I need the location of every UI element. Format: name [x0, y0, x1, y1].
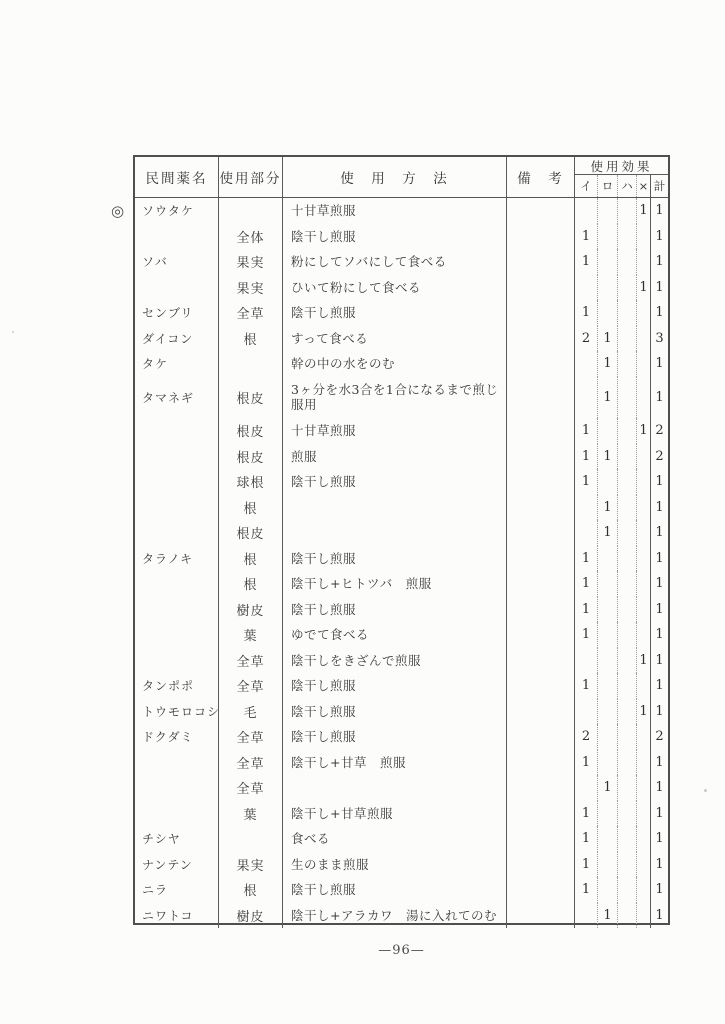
- cell-effect-x: [637, 903, 651, 929]
- header-effect-col-x: ×: [637, 175, 651, 197]
- cell-part-used: 果実: [219, 275, 283, 301]
- cell-effect-ro: [598, 622, 618, 648]
- cell-part-used: 全草: [219, 775, 283, 801]
- cell-remarks: [507, 673, 575, 699]
- cell-effect-x: [637, 852, 651, 878]
- cell-effect-ha: [618, 224, 637, 250]
- cell-remarks: [507, 622, 575, 648]
- cell-remarks: [507, 495, 575, 521]
- cell-usage-method: 陰干し煎服: [283, 724, 507, 750]
- cell-effect-ro: 1: [598, 520, 618, 546]
- table-row: 全草 陰干し+甘草 煎服 1 1: [135, 750, 668, 776]
- cell-effect-x: 1: [637, 418, 651, 444]
- cell-effect-ha: [618, 418, 637, 444]
- cell-medicine-name: タンポポ: [135, 673, 219, 699]
- cell-effect-ha: [618, 877, 637, 903]
- cell-medicine-name: チシヤ: [135, 826, 219, 852]
- cell-remarks: [507, 198, 575, 224]
- cell-medicine-name: ソバ: [135, 249, 219, 275]
- cell-part-used: 根: [219, 877, 283, 903]
- cell-medicine-name: ナンテン: [135, 852, 219, 878]
- cell-remarks: [507, 418, 575, 444]
- cell-remarks: [507, 224, 575, 250]
- cell-medicine-name: [135, 495, 219, 521]
- cell-effect-ro: [598, 699, 618, 725]
- table-row: ナンテン 果実 生のまま煎服 1 1: [135, 852, 668, 878]
- table-row: タンポポ 全草 陰干し煎服 1 1: [135, 673, 668, 699]
- cell-effect-i: [575, 377, 598, 419]
- header-effect-col-i: イ: [575, 175, 598, 197]
- cell-remarks: [507, 300, 575, 326]
- cell-usage-method: [283, 775, 507, 801]
- cell-remarks: [507, 377, 575, 419]
- cell-effect-kei: 1: [651, 877, 668, 903]
- cell-medicine-name: トウモロコシ: [135, 699, 219, 725]
- cell-remarks: [507, 351, 575, 377]
- cell-effect-kei: 1: [651, 903, 668, 929]
- cell-usage-method: ひいて粉にして食べる: [283, 275, 507, 301]
- cell-usage-method: 陰干し+甘草 煎服: [283, 750, 507, 776]
- cell-effect-ha: [618, 495, 637, 521]
- cell-effect-kei: 1: [651, 495, 668, 521]
- cell-part-used: 根: [219, 546, 283, 572]
- cell-effect-i: [575, 495, 598, 521]
- cell-effect-ro: 1: [598, 495, 618, 521]
- cell-effect-x: [637, 622, 651, 648]
- cell-effect-kei: 1: [651, 377, 668, 419]
- cell-part-used: 全草: [219, 750, 283, 776]
- cell-effect-ro: [598, 673, 618, 699]
- cell-effect-ha: [618, 275, 637, 301]
- cell-effect-ha: [618, 520, 637, 546]
- cell-effect-x: [637, 724, 651, 750]
- cell-effect-i: 2: [575, 326, 598, 352]
- table-row: 葉 陰干し+甘草煎服 1 1: [135, 801, 668, 827]
- cell-remarks: [507, 326, 575, 352]
- cell-effect-i: 1: [575, 418, 598, 444]
- cell-remarks: [507, 699, 575, 725]
- cell-effect-ha: [618, 750, 637, 776]
- cell-usage-method: 粉にしてソバにして食べる: [283, 249, 507, 275]
- cell-remarks: [507, 275, 575, 301]
- cell-usage-method: 陰干し煎服: [283, 546, 507, 572]
- cell-effect-kei: 1: [651, 249, 668, 275]
- cell-effect-i: 1: [575, 224, 598, 250]
- cell-effect-x: 1: [637, 198, 651, 224]
- header-remarks: 備 考: [507, 157, 575, 197]
- cell-effect-i: 1: [575, 571, 598, 597]
- cell-effect-kei: 1: [651, 750, 668, 776]
- cell-effect-i: 1: [575, 826, 598, 852]
- cell-effect-kei: 1: [651, 275, 668, 301]
- table-row: トウモロコシ 毛 陰干し煎服 1 1: [135, 699, 668, 725]
- table-row: 果実 ひいて粉にして食べる 1 1: [135, 275, 668, 301]
- header-effect-title: 使用効果: [575, 157, 668, 175]
- cell-usage-method: [283, 495, 507, 521]
- cell-effect-ha: [618, 775, 637, 801]
- cell-effect-kei: 1: [651, 801, 668, 827]
- table-row: 樹皮 陰干し煎服 1 1: [135, 597, 668, 623]
- cell-usage-method: 十甘草煎服: [283, 198, 507, 224]
- cell-usage-method: 陰干し+ヒトツバ 煎服: [283, 571, 507, 597]
- page-number: —96—: [133, 943, 670, 958]
- cell-effect-x: [637, 469, 651, 495]
- cell-usage-method: [283, 520, 507, 546]
- cell-part-used: 全体: [219, 224, 283, 250]
- cell-remarks: [507, 546, 575, 572]
- cell-effect-kei: 1: [651, 520, 668, 546]
- cell-remarks: [507, 249, 575, 275]
- cell-effect-kei: 2: [651, 724, 668, 750]
- cell-part-used: 根皮: [219, 418, 283, 444]
- cell-effect-ro: [598, 571, 618, 597]
- cell-effect-ha: [618, 699, 637, 725]
- cell-effect-kei: 1: [651, 469, 668, 495]
- cell-effect-i: 1: [575, 877, 598, 903]
- cell-effect-ro: [598, 300, 618, 326]
- cell-effect-ha: [618, 377, 637, 419]
- cell-part-used: 樹皮: [219, 597, 283, 623]
- cell-part-used: 球根: [219, 469, 283, 495]
- cell-medicine-name: [135, 224, 219, 250]
- cell-effect-kei: 1: [651, 571, 668, 597]
- cell-effect-kei: 1: [651, 597, 668, 623]
- table-row: ダイコン 根 すって食べる 2 1 3: [135, 326, 668, 352]
- cell-medicine-name: [135, 571, 219, 597]
- cell-effect-kei: 1: [651, 775, 668, 801]
- cell-effect-i: 1: [575, 673, 598, 699]
- header-effect-col-ro: ロ: [598, 175, 618, 197]
- table-row: センブリ 全草 陰干し煎服 1 1: [135, 300, 668, 326]
- cell-effect-ha: [618, 622, 637, 648]
- cell-effect-ro: [598, 648, 618, 674]
- cell-effect-x: [637, 571, 651, 597]
- cell-effect-ha: [618, 903, 637, 929]
- cell-usage-method: 陰干し+アラカワ 湯に入れてのむ: [283, 903, 507, 929]
- header-name: 民間薬名: [135, 157, 219, 197]
- cell-medicine-name: ソウタケ: [135, 198, 219, 224]
- cell-effect-x: [637, 826, 651, 852]
- cell-effect-x: [637, 877, 651, 903]
- cell-usage-method: 生のまま煎服: [283, 852, 507, 878]
- cell-effect-ha: [618, 801, 637, 827]
- cell-usage-method: 陰干し+甘草煎服: [283, 801, 507, 827]
- cell-effect-kei: 1: [651, 852, 668, 878]
- cell-effect-kei: 1: [651, 351, 668, 377]
- cell-remarks: [507, 469, 575, 495]
- cell-part-used: 全草: [219, 724, 283, 750]
- cell-medicine-name: [135, 597, 219, 623]
- cell-usage-method: 煎服: [283, 444, 507, 470]
- cell-effect-i: [575, 275, 598, 301]
- cell-effect-ro: [598, 724, 618, 750]
- cell-part-used: [219, 198, 283, 224]
- cell-effect-ro: 1: [598, 351, 618, 377]
- cell-effect-x: [637, 300, 651, 326]
- cell-effect-kei: 3: [651, 326, 668, 352]
- cell-effect-ro: [598, 198, 618, 224]
- table-row: タケ 幹の中の水をのむ 1 1: [135, 351, 668, 377]
- cell-medicine-name: タマネギ: [135, 377, 219, 419]
- cell-usage-method: 陰干し煎服: [283, 300, 507, 326]
- table-row: チシヤ 食べる 1 1: [135, 826, 668, 852]
- cell-remarks: [507, 648, 575, 674]
- cell-effect-x: 1: [637, 648, 651, 674]
- cell-remarks: [507, 877, 575, 903]
- cell-effect-ro: [598, 275, 618, 301]
- cell-part-used: [219, 351, 283, 377]
- cell-usage-method: 陰干し煎服: [283, 224, 507, 250]
- cell-effect-i: 1: [575, 546, 598, 572]
- cell-effect-i: 1: [575, 801, 598, 827]
- cell-effect-ro: [598, 852, 618, 878]
- cell-effect-ro: 1: [598, 377, 618, 419]
- cell-part-used: 根: [219, 495, 283, 521]
- table-row: ドクダミ 全草 陰干し煎服 2 2: [135, 724, 668, 750]
- header-part: 使用部分: [219, 157, 283, 197]
- cell-usage-method: 陰干し煎服: [283, 597, 507, 623]
- cell-effect-kei: 2: [651, 418, 668, 444]
- cell-effect-ro: [598, 597, 618, 623]
- cell-effect-x: [637, 377, 651, 419]
- cell-effect-i: 1: [575, 750, 598, 776]
- header-effect-col-kei: 計: [651, 175, 668, 197]
- cell-part-used: 根皮: [219, 520, 283, 546]
- cell-remarks: [507, 801, 575, 827]
- table-body: ソウタケ 十甘草煎服 1 1 全体 陰干し煎服 1 1 ソバ 果実 粉にしてソバ…: [135, 198, 668, 926]
- cell-effect-x: [637, 351, 651, 377]
- scan-speck: [704, 789, 707, 792]
- table-row: タマネギ 根皮 3ヶ分を水3合を1合になるまで煎じ服用 1 1: [135, 377, 668, 419]
- cell-part-used: 葉: [219, 622, 283, 648]
- cell-effect-ro: [598, 750, 618, 776]
- cell-effect-ro: [598, 801, 618, 827]
- cell-effect-ha: [618, 249, 637, 275]
- cell-remarks: [507, 444, 575, 470]
- cell-usage-method: 陰干し煎服: [283, 699, 507, 725]
- cell-medicine-name: [135, 622, 219, 648]
- table-row: 葉 ゆでて食べる 1 1: [135, 622, 668, 648]
- cell-effect-ha: [618, 198, 637, 224]
- cell-remarks: [507, 852, 575, 878]
- cell-effect-ro: [598, 469, 618, 495]
- cell-remarks: [507, 826, 575, 852]
- cell-effect-x: [637, 750, 651, 776]
- cell-medicine-name: [135, 275, 219, 301]
- cell-part-used: 全草: [219, 648, 283, 674]
- cell-effect-x: [637, 326, 651, 352]
- table-row: ニラ 根 陰干し煎服 1 1: [135, 877, 668, 903]
- cell-effect-ha: [618, 469, 637, 495]
- cell-effect-i: 1: [575, 469, 598, 495]
- cell-medicine-name: ニワトコ: [135, 903, 219, 929]
- cell-effect-ro: 1: [598, 444, 618, 470]
- cell-effect-kei: 1: [651, 300, 668, 326]
- cell-effect-x: 1: [637, 275, 651, 301]
- cell-effect-ro: [598, 224, 618, 250]
- cell-medicine-name: [135, 418, 219, 444]
- cell-effect-ha: [618, 444, 637, 470]
- cell-effect-x: [637, 495, 651, 521]
- cell-medicine-name: ニラ: [135, 877, 219, 903]
- cell-effect-i: [575, 775, 598, 801]
- cell-effect-i: 1: [575, 597, 598, 623]
- cell-medicine-name: ダイコン: [135, 326, 219, 352]
- cell-effect-i: 1: [575, 852, 598, 878]
- cell-usage-method: 幹の中の水をのむ: [283, 351, 507, 377]
- cell-effect-i: 1: [575, 444, 598, 470]
- cell-remarks: [507, 724, 575, 750]
- cell-effect-x: [637, 597, 651, 623]
- cell-medicine-name: タラノキ: [135, 546, 219, 572]
- cell-effect-ha: [618, 351, 637, 377]
- table-row: 根 1 1: [135, 495, 668, 521]
- header-method: 使 用 方 法: [283, 157, 507, 197]
- cell-remarks: [507, 571, 575, 597]
- table-header-row: 民間薬名 使用部分 使 用 方 法 備 考 使用効果 イ ロ ハ × 計: [135, 157, 668, 198]
- cell-effect-ro: [598, 826, 618, 852]
- cell-remarks: [507, 597, 575, 623]
- header-effect-col-ha: ハ: [618, 175, 637, 197]
- cell-remarks: [507, 775, 575, 801]
- table-row: タラノキ 根 陰干し煎服 1 1: [135, 546, 668, 572]
- table-row: 全体 陰干し煎服 1 1: [135, 224, 668, 250]
- cell-effect-x: [637, 249, 651, 275]
- cell-effect-ro: 1: [598, 775, 618, 801]
- cell-part-used: 葉: [219, 801, 283, 827]
- cell-effect-ro: [598, 249, 618, 275]
- cell-usage-method: 食べる: [283, 826, 507, 852]
- cell-effect-ro: [598, 546, 618, 572]
- cell-effect-ro: 1: [598, 326, 618, 352]
- cell-part-used: 全草: [219, 300, 283, 326]
- scanned-page: ◎ 民間薬名 使用部分 使 用 方 法 備 考 使用効果 イ ロ ハ × 計 ソ…: [0, 0, 725, 1024]
- cell-effect-ha: [618, 326, 637, 352]
- cell-effect-i: [575, 198, 598, 224]
- cell-part-used: 根: [219, 571, 283, 597]
- cell-effect-ro: [598, 877, 618, 903]
- cell-remarks: [507, 750, 575, 776]
- cell-usage-method: すって食べる: [283, 326, 507, 352]
- cell-usage-method: 3ヶ分を水3合を1合になるまで煎じ服用: [283, 377, 507, 419]
- cell-effect-i: 1: [575, 622, 598, 648]
- cell-medicine-name: [135, 469, 219, 495]
- cell-effect-ha: [618, 571, 637, 597]
- cell-effect-ha: [618, 826, 637, 852]
- cell-effect-x: [637, 775, 651, 801]
- cell-remarks: [507, 903, 575, 929]
- cell-medicine-name: [135, 750, 219, 776]
- table-row: 根皮 煎服 1 1 2: [135, 444, 668, 470]
- cell-medicine-name: センブリ: [135, 300, 219, 326]
- table-row: ニワトコ 樹皮 陰干し+アラカワ 湯に入れてのむ 1 1: [135, 903, 668, 929]
- cell-effect-i: [575, 699, 598, 725]
- margin-annotation-mark: ◎: [111, 202, 124, 220]
- cell-effect-x: [637, 444, 651, 470]
- cell-usage-method: 陰干しをきざんで煎服: [283, 648, 507, 674]
- cell-medicine-name: [135, 444, 219, 470]
- cell-medicine-name: [135, 801, 219, 827]
- cell-effect-ha: [618, 597, 637, 623]
- cell-usage-method: 陰干し煎服: [283, 877, 507, 903]
- table-row: 全草 陰干しをきざんで煎服 1 1: [135, 648, 668, 674]
- cell-effect-i: 1: [575, 249, 598, 275]
- cell-usage-method: 陰干し煎服: [283, 469, 507, 495]
- cell-effect-ha: [618, 724, 637, 750]
- cell-effect-kei: 1: [651, 198, 668, 224]
- cell-effect-i: [575, 903, 598, 929]
- cell-effect-kei: 1: [651, 826, 668, 852]
- cell-effect-x: [637, 224, 651, 250]
- table-row: 根皮 十甘草煎服 1 1 2: [135, 418, 668, 444]
- cell-remarks: [507, 520, 575, 546]
- cell-effect-ha: [618, 673, 637, 699]
- table-row: 根 陰干し+ヒトツバ 煎服 1 1: [135, 571, 668, 597]
- table-row: 根皮 1 1: [135, 520, 668, 546]
- cell-effect-x: 1: [637, 699, 651, 725]
- cell-effect-ha: [618, 648, 637, 674]
- cell-effect-kei: 1: [651, 699, 668, 725]
- header-effect-subrow: イ ロ ハ × 計: [575, 175, 668, 197]
- cell-effect-ro: [598, 418, 618, 444]
- scan-speck: [12, 331, 14, 333]
- cell-effect-kei: 1: [651, 648, 668, 674]
- cell-medicine-name: タケ: [135, 351, 219, 377]
- cell-part-used: 根: [219, 326, 283, 352]
- cell-part-used: [219, 826, 283, 852]
- cell-effect-i: 2: [575, 724, 598, 750]
- cell-effect-kei: 2: [651, 444, 668, 470]
- cell-effect-i: 1: [575, 300, 598, 326]
- cell-effect-x: [637, 673, 651, 699]
- cell-effect-x: [637, 801, 651, 827]
- cell-part-used: 毛: [219, 699, 283, 725]
- cell-effect-kei: 1: [651, 622, 668, 648]
- cell-usage-method: ゆでて食べる: [283, 622, 507, 648]
- cell-effect-kei: 1: [651, 224, 668, 250]
- cell-usage-method: 陰干し煎服: [283, 673, 507, 699]
- cell-effect-ha: [618, 546, 637, 572]
- header-effect-group: 使用効果 イ ロ ハ × 計: [575, 157, 668, 197]
- cell-effect-i: [575, 520, 598, 546]
- cell-effect-i: [575, 351, 598, 377]
- cell-medicine-name: ドクダミ: [135, 724, 219, 750]
- table-row: 球根 陰干し煎服 1 1: [135, 469, 668, 495]
- cell-part-used: 果実: [219, 249, 283, 275]
- cell-part-used: 樹皮: [219, 903, 283, 929]
- table-row: ソウタケ 十甘草煎服 1 1: [135, 198, 668, 224]
- folk-medicine-table: 民間薬名 使用部分 使 用 方 法 備 考 使用効果 イ ロ ハ × 計 ソウタ…: [133, 155, 670, 925]
- table-row: ソバ 果実 粉にしてソバにして食べる 1 1: [135, 249, 668, 275]
- cell-part-used: 全草: [219, 673, 283, 699]
- cell-effect-ro: 1: [598, 903, 618, 929]
- cell-effect-x: [637, 520, 651, 546]
- table-row: 全草 1 1: [135, 775, 668, 801]
- cell-part-used: 根皮: [219, 444, 283, 470]
- cell-medicine-name: [135, 520, 219, 546]
- cell-effect-ha: [618, 300, 637, 326]
- cell-effect-kei: 1: [651, 673, 668, 699]
- cell-effect-i: [575, 648, 598, 674]
- cell-medicine-name: [135, 648, 219, 674]
- cell-usage-method: 十甘草煎服: [283, 418, 507, 444]
- cell-effect-ha: [618, 852, 637, 878]
- cell-effect-x: [637, 546, 651, 572]
- cell-effect-kei: 1: [651, 546, 668, 572]
- cell-part-used: 根皮: [219, 377, 283, 419]
- cell-medicine-name: [135, 775, 219, 801]
- cell-part-used: 果実: [219, 852, 283, 878]
